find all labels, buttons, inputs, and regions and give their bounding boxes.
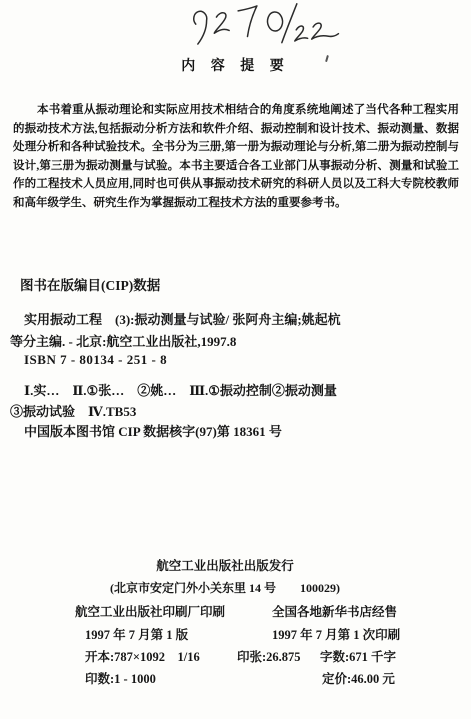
handwriting-strokes <box>171 0 341 56</box>
book-copyright-page: 内 容 提 要 本书着重从振动理论和实际应用技术相结合的角度系统地阐述了当代各种… <box>0 0 471 719</box>
cip-classification-line-1: Ⅰ.实… Ⅱ.①张… ②姚… Ⅲ.①振动控制②振动测量 <box>24 380 337 399</box>
sheets-line: 印张:26.875 <box>237 647 301 665</box>
handwritten-number <box>171 0 341 56</box>
price-line: 定价:46.00 元 <box>322 669 395 687</box>
cip-title-line-1: 实用振动工程 (3):振动测量与试验/ 张阿舟主编;姚起杭 <box>24 309 341 328</box>
summary-paragraph: 本书着重从振动理论和实际应用技术相结合的角度系统地阐述了当代各种工程实用的振动技… <box>13 101 459 213</box>
printing-line: 1997 年 7 月第 1 次印刷 <box>272 625 400 643</box>
publisher-address: (北京市安定门外小关东里 14 号 100029) <box>0 579 450 596</box>
cip-heading: 图书在版编目(CIP)数据 <box>20 274 160 294</box>
publisher-line: 航空工业出版社出版发行 <box>0 556 450 574</box>
word-count-line: 字数:671 千字 <box>320 647 396 665</box>
edition-line: 1997 年 7 月第 1 版 <box>85 625 188 643</box>
isbn-line: ISBN 7 - 80134 - 251 - 8 <box>24 352 167 368</box>
distributor-line: 全国各地新华书店经售 <box>272 602 397 620</box>
printer-line: 航空工业出版社印刷厂印刷 <box>75 602 225 620</box>
summary-heading: 内 容 提 要 <box>0 55 471 75</box>
print-run-line: 印数:1 - 1000 <box>85 669 156 687</box>
cip-classification-line-2: ③振动试验 Ⅳ.TB53 <box>10 401 136 420</box>
format-line: 开本:787×1092 1/16 <box>85 647 200 665</box>
cip-title-line-2: 等分主编. - 北京:航空工业出版社,1997.8 <box>10 331 236 350</box>
cip-record-number-line: 中国版本图书馆 CIP 数据核字(97)第 18361 号 <box>24 421 282 440</box>
